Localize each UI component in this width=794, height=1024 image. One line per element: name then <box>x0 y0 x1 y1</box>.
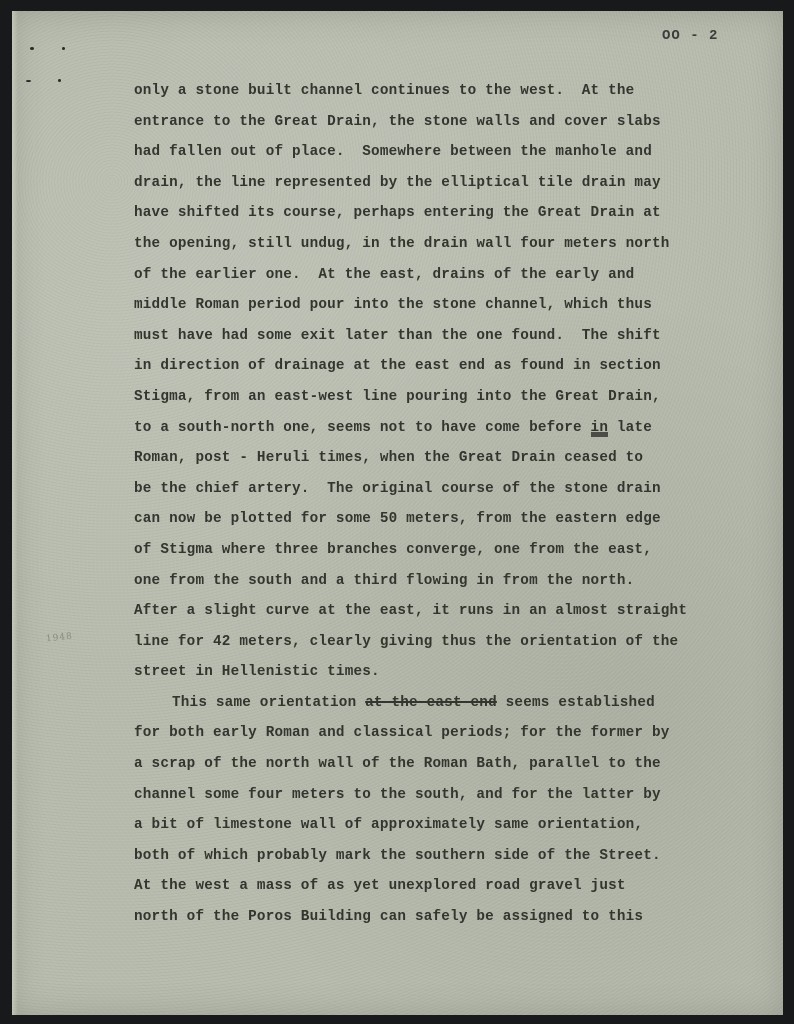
text-line: Roman, post - Heruli times, when the Gre… <box>134 443 734 474</box>
paragraph-1: only a stone built channel continues to … <box>134 76 734 688</box>
text-line: of Stigma where three branches converge,… <box>134 535 734 566</box>
body-text: only a stone built channel continues to … <box>134 76 734 933</box>
text-line: entrance to the Great Drain, the stone w… <box>134 107 734 138</box>
text-line: have shifted its course, perhaps enterin… <box>134 198 734 229</box>
text-line: drain, the line represented by the ellip… <box>134 168 734 199</box>
text-line: Stigma, from an east-west line pouring i… <box>134 382 734 413</box>
text-line: to a south-north one, seems not to have … <box>134 413 734 444</box>
pencil-margin-note: 1948 <box>46 632 74 645</box>
text-line: can now be plotted for some 50 meters, f… <box>134 504 734 535</box>
text-line: in direction of drainage at the east end… <box>134 351 734 382</box>
line-text: to a south-north one, seems not to have … <box>134 420 591 436</box>
line-text: late <box>608 420 652 436</box>
text-line: the opening, still undug, in the drain w… <box>134 229 734 260</box>
text-line: had fallen out of place. Somewhere betwe… <box>134 137 734 168</box>
overtyped-word: in <box>591 420 609 436</box>
text-line: must have had some exit later than the o… <box>134 321 734 352</box>
text-line: This same orientation at the east end se… <box>134 688 734 719</box>
text-line: channel some four meters to the south, a… <box>134 780 734 811</box>
text-line: both of which probably mark the southern… <box>134 841 734 872</box>
text-line: a bit of limestone wall of approximately… <box>134 810 734 841</box>
text-line: one from the south and a third flowing i… <box>134 566 734 597</box>
text-line: for both early Roman and classical perio… <box>134 718 734 749</box>
punch-hole-mark <box>58 79 61 82</box>
punch-hole-mark <box>62 47 65 50</box>
punch-hole-mark <box>26 80 31 82</box>
text-line: At the west a mass of as yet unexplored … <box>134 871 734 902</box>
struck-through-text: at the east end <box>365 695 497 711</box>
text-line: a scrap of the north wall of the Roman B… <box>134 749 734 780</box>
typewritten-page: OO - 2 1948 only a stone built channel c… <box>12 11 783 1015</box>
page-number: OO - 2 <box>662 28 718 44</box>
text-line: north of the Poros Building can safely b… <box>134 902 734 933</box>
line-text: seems established <box>497 695 655 711</box>
text-line: be the chief artery. The original course… <box>134 474 734 505</box>
punch-hole-mark <box>30 47 34 50</box>
text-line: only a stone built channel continues to … <box>134 76 734 107</box>
text-line: After a slight curve at the east, it run… <box>134 596 734 627</box>
text-line: of the earlier one. At the east, drains … <box>134 260 734 291</box>
scan-background: OO - 2 1948 only a stone built channel c… <box>0 0 794 1024</box>
paragraph-2: This same orientation at the east end se… <box>134 688 734 933</box>
text-line: middle Roman period pour into the stone … <box>134 290 734 321</box>
line-text: This same orientation <box>172 695 365 711</box>
text-line: line for 42 meters, clearly giving thus … <box>134 627 734 658</box>
text-line: street in Hellenistic times. <box>134 657 734 688</box>
